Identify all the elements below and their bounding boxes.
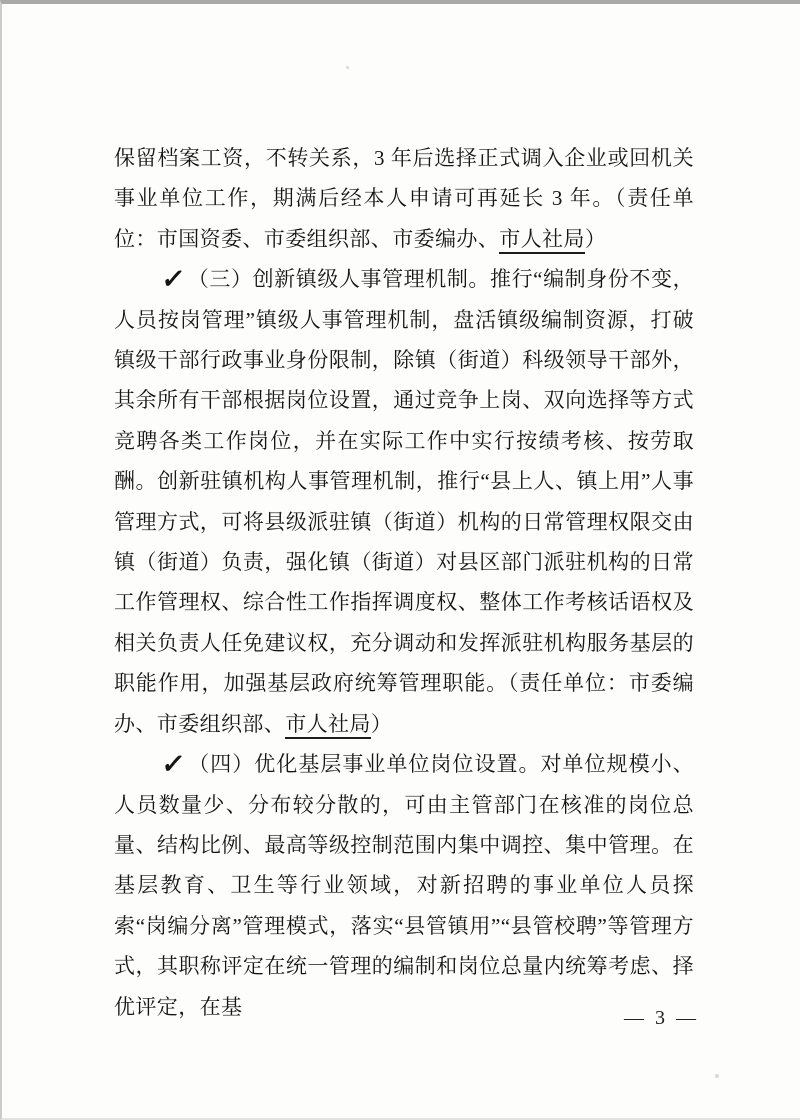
paragraph-text: ） — [585, 227, 606, 251]
paragraph-text: 保留档案工资，不转关系，3 年后选择正式调入企业或回机关事业单位工作，期满后经本… — [114, 146, 694, 251]
scanned-document-page: 保留档案工资，不转关系，3 年后选择正式调入企业或回机关事业单位工作，期满后经本… — [0, 0, 800, 1120]
underlined-term: 市人社局 — [285, 712, 371, 739]
paragraph-text: （四）优化基层事业单位岗位设置。对单位规模小、人员数量少、分布较分散的，可由主管… — [114, 752, 694, 1018]
document-body: 保留档案工资，不转关系，3 年后选择正式调入企业或回机关事业单位工作，期满后经本… — [114, 138, 694, 1027]
paragraph-text: ） — [371, 712, 392, 736]
page-number: — 3 — — [624, 1007, 699, 1030]
paragraph-text: （三）创新镇级人事管理机制。推行“编制身份不变，人员按岗管理”镇级人事管理机制，… — [114, 267, 694, 735]
paragraph-continuation: 保留档案工资，不转关系，3 年后选择正式调入企业或回机关事业单位工作，期满后经本… — [114, 138, 694, 259]
underlined-term: 市人社局 — [499, 227, 585, 254]
paragraph-item-4: ✓（四）优化基层事业单位岗位设置。对单位规模小、人员数量少、分布较分散的，可由主… — [114, 744, 694, 1027]
scan-speck — [715, 1074, 719, 1078]
scan-speck — [346, 66, 349, 69]
paragraph-item-3: ✓（三）创新镇级人事管理机制。推行“编制身份不变，人员按岗管理”镇级人事管理机制… — [114, 259, 694, 744]
